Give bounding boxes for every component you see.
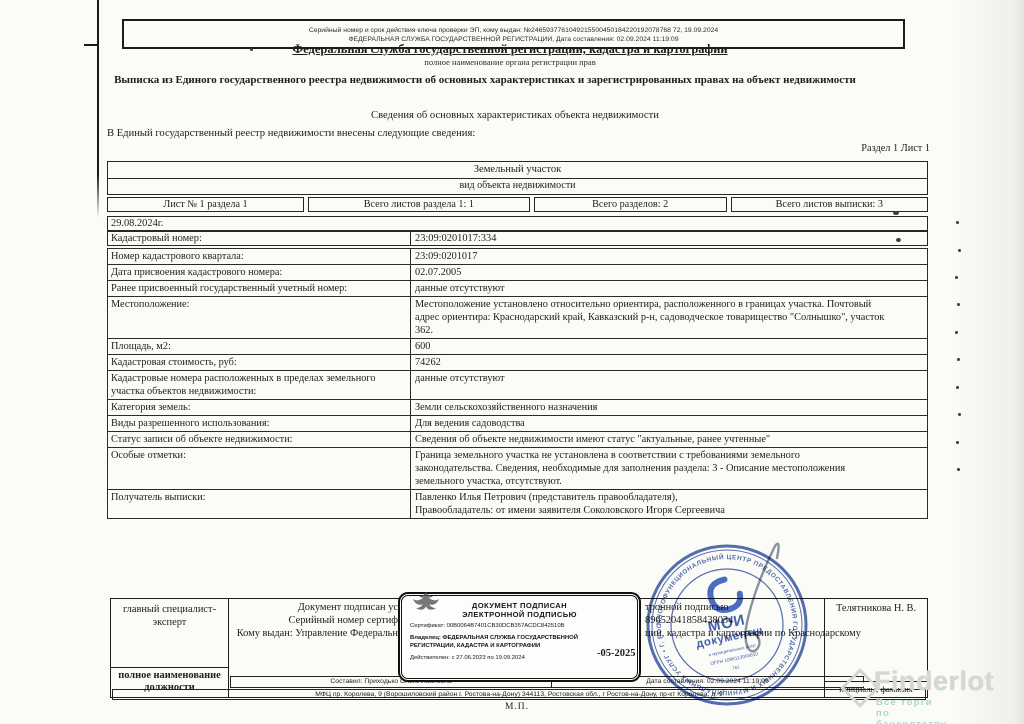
table-row: Площадь, м2: 600 xyxy=(107,338,928,355)
row-value: 23:09:0201017 xyxy=(411,249,927,264)
extract-date-row: 29.08.2024г. xyxy=(107,216,928,231)
row-label: Кадастровые номера расположенных в преде… xyxy=(108,371,411,399)
sheet-cell: Лист № 1 раздела 1 xyxy=(107,197,304,212)
row-label: Статус записи об объекте недвижимости: xyxy=(108,432,411,447)
table-row: Местоположение: Местоположение установле… xyxy=(107,296,928,339)
scan-speck xyxy=(956,221,959,224)
position-title: главный специалист- эксперт xyxy=(111,599,228,629)
scan-binding-line xyxy=(97,0,99,218)
table-row: Особые отметки: Граница земельного участ… xyxy=(107,447,928,490)
row-value: Для ведения садоводства xyxy=(411,416,927,431)
signer-position-cell: главный специалист- эксперт полное наиме… xyxy=(111,599,229,697)
eagle-emblem-icon xyxy=(410,588,442,621)
scan-speck xyxy=(956,386,959,389)
section-subtitle: Сведения об основных характеристиках объ… xyxy=(90,110,940,121)
scan-speck xyxy=(955,276,958,279)
esignature-stamp: ДОКУМЕНТ ПОДПИСАН ЭЛЕКТРОННОЙ ПОДПИСЬЮ С… xyxy=(398,592,641,682)
esign-certificate: Сертификат: 00B0064B7401CB30DCB357ACDC84… xyxy=(410,622,637,631)
row-value: 74262 xyxy=(411,355,927,370)
scan-speck xyxy=(957,358,960,361)
scan-speck xyxy=(956,441,959,444)
row-label: Кадастровая стоимость, руб: xyxy=(108,355,411,370)
document-page: Серийный номер и срок действия ключа про… xyxy=(0,0,1024,724)
scan-speck xyxy=(957,468,960,471)
row-label: Категория земель: xyxy=(108,400,411,415)
validity-date-fragment: -05-2025 xyxy=(597,648,636,659)
agency-caption: полное наименование органа регистрации п… xyxy=(30,57,990,67)
table-row: Ранее присвоенный государственный учетны… xyxy=(107,280,928,297)
sig-line3-left: Кому выдан: Управление Федеральн xyxy=(229,627,398,640)
cadastral-number-row: Кадастровый номер: 23:09:0201017:334 xyxy=(107,231,928,246)
row-value: 600 xyxy=(411,339,927,354)
sheet-cell: Всего листов выписки: 3 xyxy=(731,197,928,212)
row-value: 23:09:0201017:334 xyxy=(411,232,927,245)
scan-speck xyxy=(957,303,960,306)
table-row: Кадастровые номера расположенных в преде… xyxy=(107,370,928,400)
row-label: Дата присвоения кадастрового номера: xyxy=(108,265,411,280)
details-table: Номер кадастрового квартала: 23:09:02010… xyxy=(107,249,928,519)
row-value: данные отсутствуют xyxy=(411,371,927,399)
row-value: данные отсутствуют xyxy=(411,281,927,296)
table-row: Кадастровая стоимость, руб: 74262 xyxy=(107,354,928,371)
sheets-row: Лист № 1 раздела 1 Всего листов раздела … xyxy=(107,197,928,212)
table-row: Номер кадастрового квартала: 23:09:02010… xyxy=(107,248,928,265)
document-title: Выписка из Единого государственного реес… xyxy=(30,74,940,86)
row-value: Сведения об объекте недвижимости имеют с… xyxy=(411,432,927,447)
object-kind: Земельный участок xyxy=(107,161,928,179)
handwritten-signature xyxy=(700,532,810,677)
sheet-cell: Всего листов раздела 1: 1 xyxy=(308,197,530,212)
row-label: Особые отметки: xyxy=(108,448,411,489)
sig-line2-left: Серийный номер сертиф xyxy=(229,614,398,627)
sheet-cell: Всего разделов: 2 xyxy=(534,197,727,212)
watermark-tagline: Все торги по банкротству xyxy=(876,697,948,724)
table-row: Категория земель: Земли сельскохозяйстве… xyxy=(107,399,928,416)
scan-speck xyxy=(896,238,901,242)
serial-line-1: Серийный номер и срок действия ключа про… xyxy=(124,26,903,35)
table-row: Виды разрешенного использования: Для вед… xyxy=(107,415,928,432)
intro-line: В Единый государственный реестр недвижим… xyxy=(107,128,475,139)
row-label: Виды разрешенного использования: xyxy=(108,416,411,431)
signer-name: Телятникова Н. В. xyxy=(825,599,927,614)
seal-place-mark: М.П. xyxy=(0,702,1024,712)
scan-speck xyxy=(250,48,253,51)
watermark-name: Finderlot xyxy=(874,666,994,697)
scan-speck xyxy=(958,413,961,416)
table-row: Дата присвоения кадастрового номера: 02.… xyxy=(107,264,928,281)
table-row: Получатель выписки: Павленко Илья Петров… xyxy=(107,489,928,519)
esign-owner-1: Владелец: ФЕДЕРАЛЬНАЯ СЛУЖБА ГОСУДАРСТВЕ… xyxy=(410,634,637,643)
row-value: Земли сельскохозяйственного назначения xyxy=(411,400,927,415)
row-label: Ранее присвоенный государственный учетны… xyxy=(108,281,411,296)
scan-speck xyxy=(958,249,961,252)
scan-speck xyxy=(893,211,899,215)
object-kind-caption: вид объекта недвижимости xyxy=(107,178,928,195)
row-value: Павленко Илья Петрович (представитель пр… xyxy=(411,490,927,518)
row-value: 02.07.2005 xyxy=(411,265,927,280)
scan-speck xyxy=(955,331,958,334)
agency-name: Федеральная служба государственной регис… xyxy=(30,42,990,57)
row-label: Кадастровый номер: xyxy=(108,232,411,245)
table-row: Статус записи об объекте недвижимости: С… xyxy=(107,431,928,448)
row-label: Получатель выписки: xyxy=(108,490,411,518)
row-label: Местоположение: xyxy=(108,297,411,338)
row-value: Граница земельного участка не установлен… xyxy=(411,448,927,489)
row-label: Площадь, м2: xyxy=(108,339,411,354)
sig-line1-left: Документ подписан ус xyxy=(229,601,398,614)
object-kind-box: Земельный участок вид объекта недвижимос… xyxy=(107,161,928,195)
row-value: Местоположение установлено относительно … xyxy=(411,297,927,338)
row-label: Номер кадастрового квартала: xyxy=(108,249,411,264)
section-sheet-label: Раздел 1 Лист 1 xyxy=(600,143,930,154)
